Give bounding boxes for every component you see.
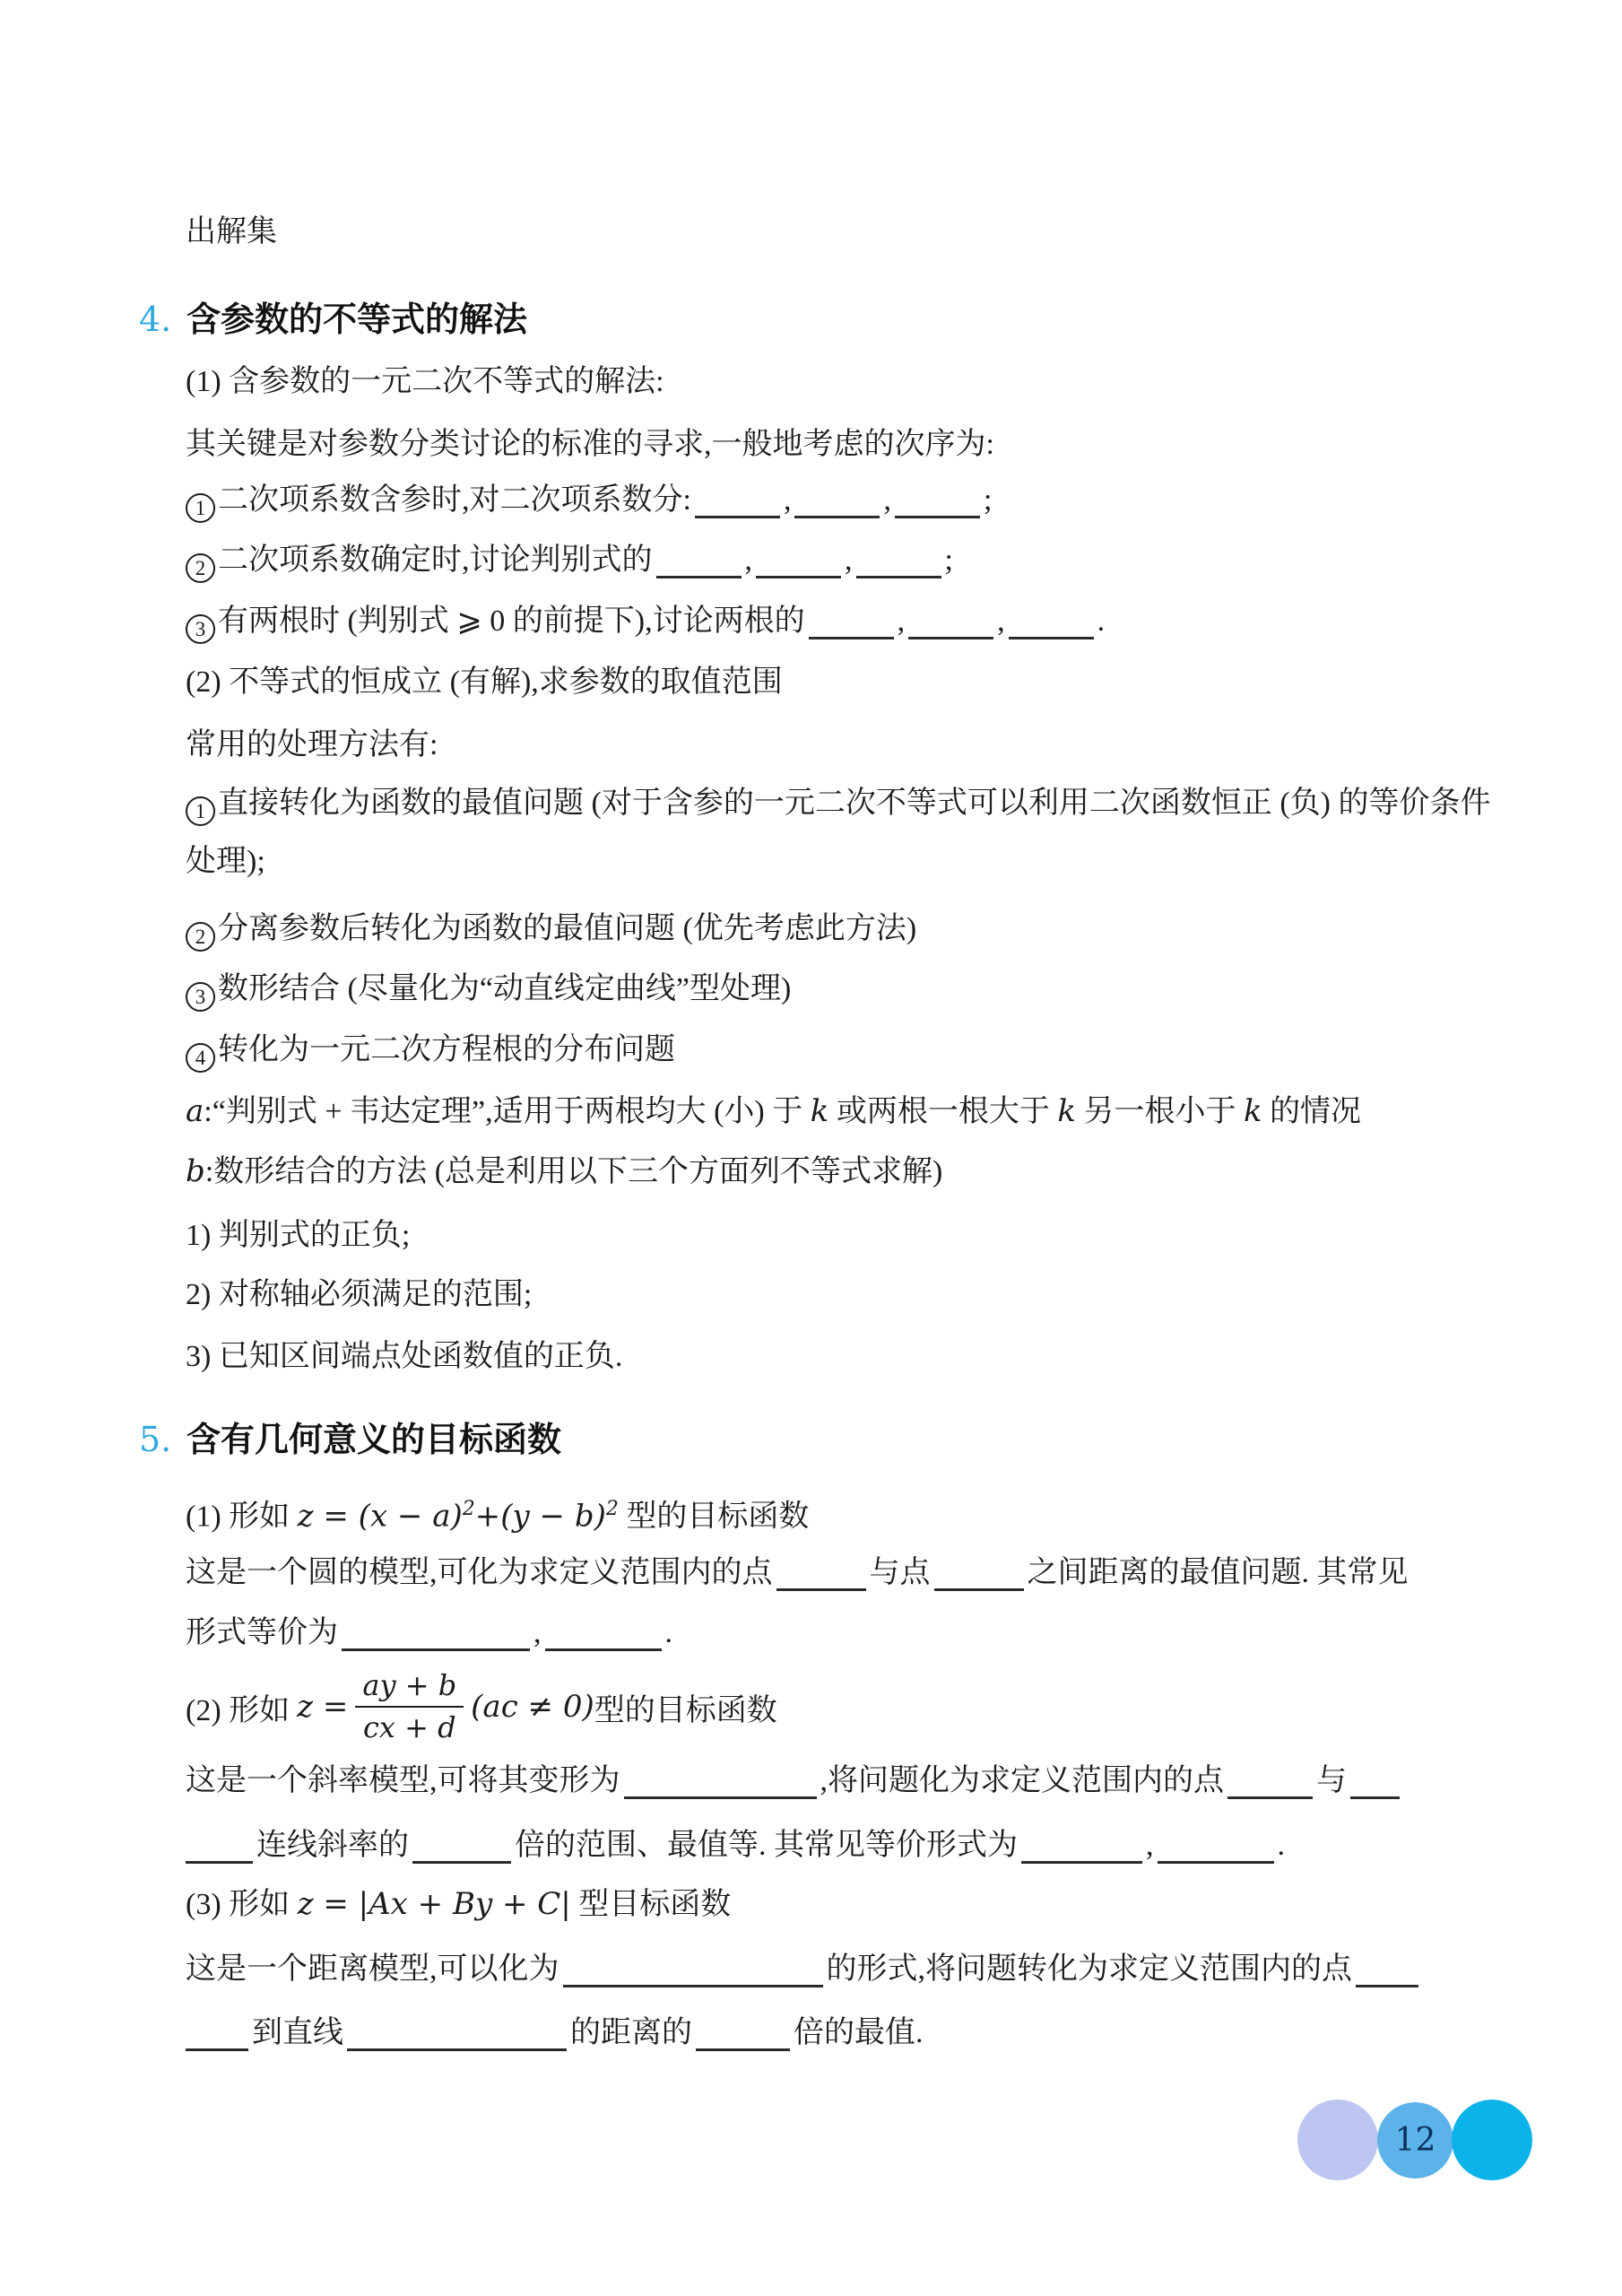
s4-method-1: 1直接转化为函数的最值问题 (对于含参的一元二次不等式可以利用二次函数恒正 (负… [186,785,1490,822]
fraction-numerator: ay + b [355,1670,464,1708]
blank-line [1021,1834,1142,1864]
section4-header: 4.含参数的不等式的解法 [139,298,527,341]
section5-header: 5.含有几何意义的目标函数 [139,1418,561,1461]
s5-para-3b-text1: 到直线 [252,2016,343,2049]
blank-line [696,2022,790,2051]
blank-line [756,549,841,578]
s4-method-4-text: 转化为一元二次方程根的分布问题 [218,1033,675,1066]
s5-para-1b: 形式等价为,. [186,1614,672,1652]
s4-note-a: a:“判别式 + 韦达定理”,适用于两根均大 (小) 于 k 或两根一根大于 k… [186,1092,1361,1130]
section4-title: 含参数的不等式的解法 [186,301,527,339]
s4-line-2-text: 其关键是对参数分类讨论的标准的寻求,一般地考虑的次序为: [186,428,994,461]
s4-line-3-text: (2) 不等式的恒成立 (有解),求参数的取值范围 [186,665,783,699]
s4-sub-2-text: 2) 对称轴必须满足的范围; [186,1278,532,1311]
superscript-2: 2 [606,1498,619,1520]
var-b: b [186,1153,205,1189]
s5-para-3b-text3: 倍的最值. [794,2016,924,2049]
semicolon: ; [945,544,953,577]
period: . [1097,604,1106,638]
circled-number-1: 1 [186,493,215,523]
s5-para-2b-text2: 倍的范围、最值等. 其常见等价形式为 [515,1829,1018,1862]
s5-para-3b-text2: 的距离的 [570,2016,692,2049]
formula-part: z = |Ax + By + C| [298,1886,571,1922]
s5-para-1b-text: 形式等价为 [186,1616,338,1649]
period: . [1278,1829,1286,1862]
s5-para-1a-text1: 这是一个圆的模型,可化为求定义范围内的点 [186,1556,773,1589]
circled-number-2: 2 [186,922,215,952]
blank-line [412,1834,511,1864]
intro-line: 出解集 [186,213,277,251]
s4-note-b: b:数形结合的方法 (总是利用以下三个方面列不等式求解) [186,1152,942,1190]
s4-method-1-text: 直接转化为函数的最值问题 (对于含参的一元二次不等式可以利用二次函数恒正 (负)… [218,787,1490,820]
comma: , [784,483,792,517]
s4-item-2-text: 二次项系数确定时,讨论判别式的 [218,544,653,577]
s5-para-3b: 到直线的距离的倍的最值. [186,2014,924,2052]
s5-para-1a-text3: 之间距离的最值问题. 其常见 [1028,1556,1409,1589]
blank-line [1350,1770,1400,1799]
s5-para-2b: 连线斜率的倍的范围、最值等. 其常见等价形式为,. [186,1827,1285,1865]
period: . [665,1616,673,1649]
s4-item-1: 1二次项系数含参时,对二次项系数分:,,; [186,482,992,519]
s5-formula-1-prefix: (1) 形如 [186,1500,298,1533]
s4-note-b-text: :数形结合的方法 (总是利用以下三个方面列不等式求解) [205,1155,943,1188]
s4-sub-1: 1) 判别式的正负; [186,1217,410,1255]
blank-line [856,549,941,578]
blank-line [347,2022,567,2051]
blank-line [776,1561,866,1591]
fraction-denominator: cx + d [355,1708,464,1744]
s5-formula-3: (3) 形如 z = |Ax + By + C| 型目标函数 [186,1885,731,1923]
section4-number: 4. [139,298,186,341]
s4-note-a-text4: 的情况 [1262,1095,1362,1128]
s4-note-a-text2: 或两根一根大于 [828,1095,1057,1128]
comma: , [533,1616,542,1649]
s5-formula-2-suffix: 型的目标函数 [594,1685,777,1729]
formula-part: z = [297,1689,348,1725]
var-k: k [1057,1093,1076,1129]
s5-formula-1: (1) 形如 z = (x − a)2+(y − b)2 型的目标函数 [186,1491,809,1528]
comma: , [1146,1829,1154,1862]
fraction: ay + bcx + d [355,1670,464,1744]
s4-item-3-text: 有两根时 (判别式 ⩾ 0 的前提下),讨论两根的 [218,604,805,638]
footer-page-number-circle: 12 [1377,2102,1453,2179]
blank-line [908,610,993,639]
footer-decorative-circle-right [1452,2100,1532,2180]
blank-line [545,1622,662,1651]
s5-para-2a-text3: 与 [1316,1764,1347,1797]
circled-number-3: 3 [186,982,215,1012]
s4-line-3: (2) 不等式的恒成立 (有解),求参数的取值范围 [186,664,783,701]
s4-sub-2: 2) 对称轴必须满足的范围; [186,1276,532,1314]
s4-sub-3-text: 3) 已知区间端点处函数值的正负. [186,1340,622,1373]
s4-item-3: 3有两根时 (判别式 ⩾ 0 的前提下),讨论两根的,,. [186,603,1105,640]
s4-method-2: 2分离参数后转化为函数的最值问题 (优先考虑此方法) [186,910,916,948]
section5-title: 含有几何意义的目标函数 [186,1422,561,1459]
s4-method-3: 3数形结合 (尽量化为“动直线定曲线”型处理) [186,970,791,1008]
s5-para-1a-text2: 与点 [870,1556,931,1589]
s5-para-3a-text1: 这是一个距离模型,可以化为 [186,1952,559,1986]
s5-formula-3-suffix: 型目标函数 [571,1888,732,1921]
comma: , [898,604,906,638]
s5-formula-3-prefix: (3) 形如 [186,1888,298,1921]
s5-formula-1-suffix: 型的目标函数 [619,1500,810,1533]
blank-line [342,1622,530,1651]
s4-sub-3: 3) 已知区间端点处函数值的正负. [186,1338,622,1376]
intro-text: 出解集 [186,215,277,248]
comma: , [845,544,853,577]
s4-sub-1-text: 1) 判别式的正负; [186,1219,410,1252]
blank-line [624,1770,817,1799]
comma: , [883,483,891,517]
blank-line [895,489,980,518]
s4-method-1-cont-text: 处理); [186,845,265,878]
s5-para-2b-text1: 连线斜率的 [256,1829,409,1862]
blank-line [1009,610,1094,639]
var-a: a [186,1093,204,1129]
comma: , [997,604,1005,638]
circled-number-4: 4 [186,1043,215,1073]
footer-decorative-circle-left [1297,2100,1378,2180]
s4-line-1: (1) 含参数的一元二次不等式的解法: [186,363,664,401]
blank-line [809,610,894,639]
s4-line-1-text: (1) 含参数的一元二次不等式的解法: [186,365,664,398]
s4-line-2: 其关键是对参数分类讨论的标准的寻求,一般地考虑的次序为: [186,426,994,464]
s4-item-2: 2二次项系数确定时,讨论判别式的,,; [186,542,953,579]
blank-line [794,489,880,518]
circled-number-3: 3 [186,614,215,644]
blank-line [934,1561,1024,1591]
s4-method-2-text: 分离参数后转化为函数的最值问题 (优先考虑此方法) [218,912,916,945]
var-k: k [1244,1093,1262,1129]
blank-line [1356,1958,1418,1987]
formula-part: +(y − b) [475,1498,606,1534]
s5-para-3a-text2: 的形式,将问题转化为求定义范围内的点 [827,1952,1353,1986]
blank-line [656,549,742,578]
section5-number: 5. [139,1418,186,1461]
blank-line [186,2022,248,2051]
comma: , [745,544,753,577]
formula-condition: (ac ≠ 0) [471,1689,594,1725]
s4-note-a-text1: :“判别式 + 韦达定理”,适用于两根均大 (小) 于 [204,1095,810,1128]
var-k: k [811,1093,829,1129]
s5-formula-2-prefix: (2) 形如 [186,1685,290,1729]
s5-para-2a-text2: ,将问题化为求定义范围内的点 [820,1764,1225,1797]
superscript-2: 2 [463,1498,475,1520]
s5-para-3a: 这是一个距离模型,可以化为的形式,将问题转化为求定义范围内的点 [186,1951,1422,1988]
blank-line [1158,1834,1274,1864]
circled-number-1: 1 [186,796,215,826]
s4-method-3-text: 数形结合 (尽量化为“动直线定曲线”型处理) [218,972,791,1005]
blank-line [695,489,780,518]
blank-line [186,1834,253,1864]
circled-number-2: 2 [186,553,215,583]
s4-method-4: 4转化为一元二次方程根的分布问题 [186,1031,675,1069]
s5-para-1a: 这是一个圆的模型,可化为求定义范围内的点与点之间距离的最值问题. 其常见 [186,1554,1409,1592]
blank-line [563,1958,823,1987]
document-page: 出解集 4.含参数的不等式的解法 (1) 含参数的一元二次不等式的解法: 其关键… [0,0,1622,2296]
formula-part: z = (x − a) [298,1498,463,1534]
blank-line [1227,1770,1313,1799]
s4-line-4-text: 常用的处理方法有: [186,728,438,761]
s5-para-2a-text1: 这是一个斜率模型,可将其变形为 [186,1764,620,1797]
page-number: 12 [1377,2102,1453,2179]
semicolon: ; [984,483,992,517]
s4-item-1-text: 二次项系数含参时,对二次项系数分: [218,483,691,517]
s5-para-2a: 这是一个斜率模型,可将其变形为,将问题化为求定义范围内的点与 [186,1762,1403,1800]
s4-method-1-cont: 处理); [186,843,265,881]
s5-formula-2: (2) 形如 z =ay + bcx + d(ac ≠ 0) 型的目标函数 [186,1665,777,1748]
s4-note-a-text3: 另一根小于 [1076,1095,1244,1128]
s4-line-4: 常用的处理方法有: [186,726,438,764]
